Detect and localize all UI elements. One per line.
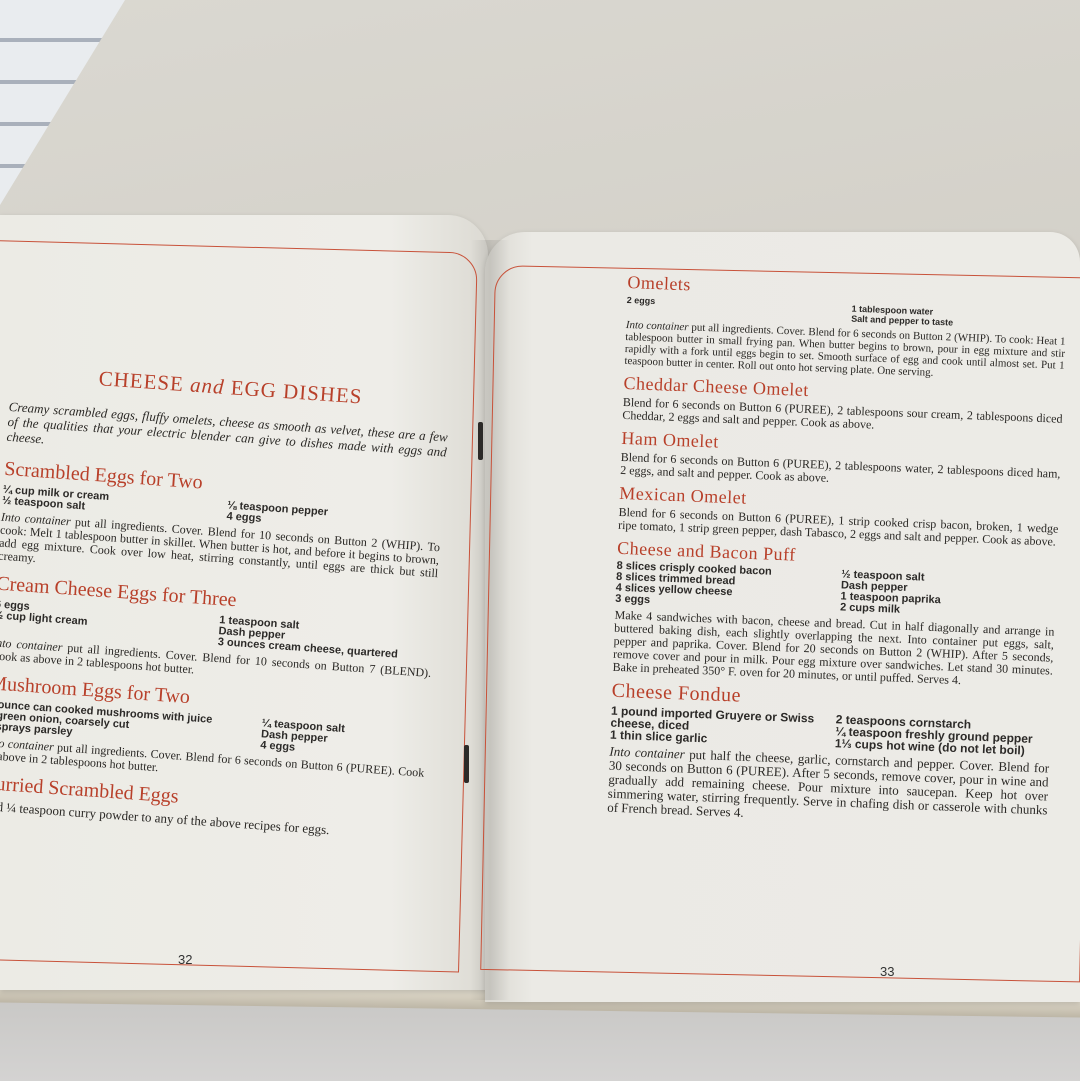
- staple-bottom: [464, 745, 469, 783]
- recipe-mushroom-eggs-for-two: Mushroom Eggs for Two 4-ounce can cooked…: [0, 672, 429, 792]
- recipe-ham-omelet: Ham Omelet Blend for 6 seconds on Button…: [620, 428, 1062, 494]
- chapter-title-cheese: CHEESE: [98, 366, 185, 396]
- staple-top: [478, 422, 483, 460]
- left-page-content: CHEESE and EGG DISHES Creamy scrambled e…: [0, 360, 451, 853]
- recipe-scrambled-eggs-for-two: Scrambled Eggs for Two ¼ cup milk or cre…: [0, 458, 444, 593]
- recipe-cream-cheese-eggs-for-three: Cream Cheese Eggs for Three 6 eggs ½ cup…: [0, 572, 436, 692]
- recipe-cheese-fondue: Cheese Fondue 1 pound imported Gruyere o…: [607, 680, 1052, 832]
- recipe-cheddar-cheese-omelet: Cheddar Cheese Omelet Blend for 6 second…: [622, 373, 1064, 439]
- recipe-directions: Into container put half the cheese, garl…: [607, 745, 1049, 832]
- recipe-directions: Make 4 sandwiches with bacon, cheese and…: [612, 609, 1054, 691]
- photo-scene: CHEESE and EGG DISHES Creamy scrambled e…: [0, 0, 1080, 1081]
- recipe-omelets: Omelets 2 eggs 1 tablespoon water Salt a…: [624, 272, 1067, 384]
- page-number-right: 33: [880, 964, 894, 979]
- right-page-content: Omelets 2 eggs 1 tablespoon water Salt a…: [607, 268, 1068, 837]
- recipe-cheese-and-bacon-puff: Cheese and Bacon Puff 8 slices crisply c…: [612, 538, 1057, 691]
- page-number-left: 32: [178, 952, 192, 967]
- chapter-title-and: and: [189, 373, 225, 399]
- recipe-mexican-omelet: Mexican Omelet Blend for 6 seconds on Bu…: [618, 483, 1060, 549]
- directions-text: put all ingredients. Cover. Blend for 6 …: [624, 321, 1066, 378]
